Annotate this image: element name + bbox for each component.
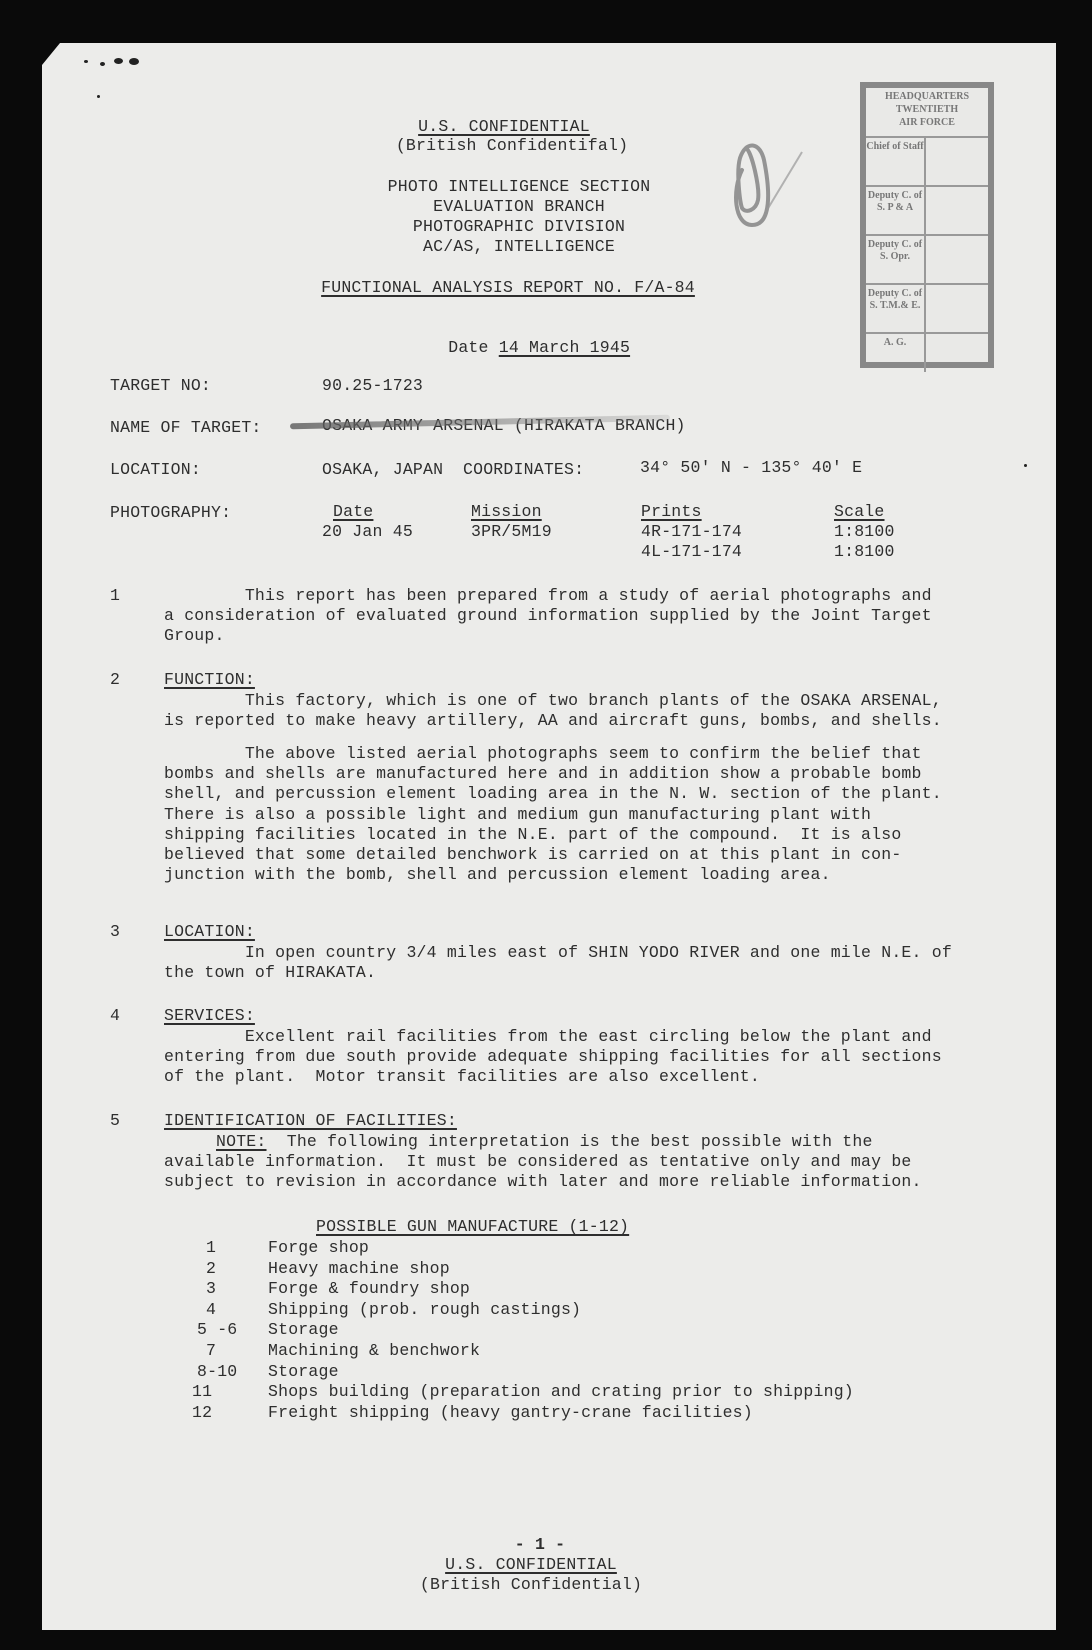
section-paragraph: The above listed aerial photographs seem… — [164, 744, 942, 885]
facility-number: 1 — [206, 1238, 216, 1258]
report-date: Date 14 March 1945 — [428, 318, 630, 358]
section-heading-services: SERVICES: — [164, 1006, 255, 1026]
section-number: 2 — [110, 670, 120, 690]
ink-mark — [114, 58, 123, 64]
stamp-row: Deputy C. of S. P & A — [866, 187, 988, 236]
section-number: 4 — [110, 1006, 120, 1026]
classification-top: U.S. CONFIDENTIAL — [418, 117, 590, 137]
report-title: FUNCTIONAL ANALYSIS REPORT NO. F/A-84 — [321, 278, 695, 298]
photo-col-date: Date — [333, 502, 373, 522]
location-value: OSAKA, JAPAN — [322, 460, 443, 480]
facility-number: 11 — [192, 1382, 212, 1402]
page-number: - 1 - — [515, 1535, 566, 1555]
facility-description: Storage — [268, 1362, 339, 1382]
section-heading-identification: IDENTIFICATION OF FACILITIES: — [164, 1111, 457, 1131]
facility-description: Storage — [268, 1320, 339, 1340]
facility-description: Machining & benchwork — [268, 1341, 480, 1361]
stamp-row: Deputy C. of S. T.M.& E. — [866, 285, 988, 334]
division-name: PHOTOGRAPHIC DIVISION — [413, 217, 625, 237]
stamp-row: Deputy C. of S. Opr. — [866, 236, 988, 285]
office-name: AC/AS, INTELLIGENCE — [423, 237, 615, 257]
photo-col-scale: Scale — [834, 502, 885, 522]
date-value: 14 March 1945 — [499, 338, 630, 357]
ink-mark — [97, 95, 100, 98]
facility-number: 4 — [206, 1300, 216, 1320]
facility-description: Freight shipping (heavy gantry-crane fac… — [268, 1403, 753, 1423]
facility-number: 3 — [206, 1279, 216, 1299]
stamp-row: Chief of Staff — [866, 138, 988, 187]
photo-scale: 1:8100 — [834, 542, 895, 562]
location-label: LOCATION: — [110, 460, 201, 480]
photo-scale: 1:8100 — [834, 522, 895, 542]
photography-label: PHOTOGRAPHY: — [110, 503, 231, 523]
facility-description: Shipping (prob. rough castings) — [268, 1300, 581, 1320]
section-number: 5 — [110, 1111, 120, 1131]
coordinates-label: COORDINATES: — [463, 460, 584, 480]
classification-bottom-british: (British Confidential) — [420, 1575, 642, 1595]
target-no-label: TARGET NO: — [110, 376, 211, 396]
section-heading-function: FUNCTION: — [164, 670, 255, 690]
section-name: PHOTO INTELLIGENCE SECTION — [388, 177, 651, 197]
branch-name: EVALUATION BRANCH — [433, 197, 605, 217]
target-name-label: NAME OF TARGET: — [110, 418, 262, 438]
photo-prints: 4R-171-174 — [641, 522, 742, 542]
note-label: NOTE: — [216, 1132, 267, 1151]
ink-mark — [84, 60, 88, 63]
ink-mark — [129, 58, 139, 65]
photo-col-mission: Mission — [471, 502, 542, 522]
photo-date: 20 Jan 45 — [322, 522, 413, 542]
facility-number: 2 — [206, 1259, 216, 1279]
facility-description: Forge & foundry shop — [268, 1279, 470, 1299]
section-paragraph: This factory, which is one of two branch… — [164, 691, 942, 731]
facility-number: 8-10 — [197, 1362, 237, 1382]
photo-mission: 3PR/5M19 — [471, 522, 552, 542]
facility-number: 5 -6 — [197, 1320, 237, 1340]
section-paragraph: In open country 3/4 miles east of SHIN Y… — [164, 943, 952, 983]
facility-description: Heavy machine shop — [268, 1259, 450, 1279]
stamp-title: HEADQUARTERS TWENTIETH AIR FORCE — [866, 88, 988, 138]
classification-top-british: (British Confidentifal) — [396, 136, 628, 156]
stamp-row: A. G. — [866, 334, 988, 372]
note-paragraph: NOTE: The following interpretation is th… — [164, 1132, 922, 1193]
ink-mark — [1024, 464, 1027, 467]
coordinates-value: 34° 50' N - 135° 40' E — [640, 458, 862, 478]
photo-prints: 4L-171-174 — [641, 542, 742, 562]
target-no: 90.25-1723 — [322, 376, 423, 396]
facility-number: 7 — [206, 1341, 216, 1361]
section-number: 1 — [110, 586, 120, 606]
section-paragraph: Excellent rail facilities from the east … — [164, 1027, 942, 1088]
facility-description: Shops building (preparation and crating … — [268, 1382, 854, 1402]
section-heading-location: LOCATION: — [164, 922, 255, 942]
note-text: The following interpretation is the best… — [164, 1132, 922, 1191]
hq-routing-stamp: HEADQUARTERS TWENTIETH AIR FORCE Chief o… — [860, 82, 994, 368]
facility-number: 12 — [192, 1403, 212, 1423]
ink-mark — [100, 62, 105, 66]
date-label: Date — [448, 338, 488, 357]
facility-description: Forge shop — [268, 1238, 369, 1258]
section-paragraph: This report has been prepared from a stu… — [164, 586, 932, 647]
section-number: 3 — [110, 922, 120, 942]
classification-bottom: U.S. CONFIDENTIAL — [445, 1555, 617, 1575]
facilities-heading: POSSIBLE GUN MANUFACTURE (1-12) — [316, 1217, 629, 1237]
photo-col-prints: Prints — [641, 502, 702, 522]
handwritten-mark — [712, 130, 812, 230]
